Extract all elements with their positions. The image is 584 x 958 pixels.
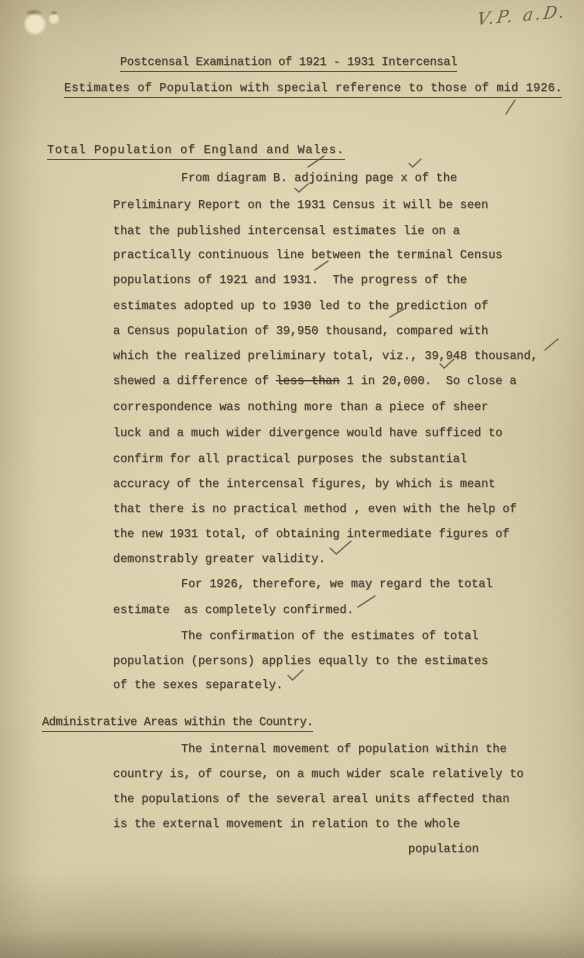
- catchword: population: [408, 842, 479, 856]
- text-line: shewed a difference of less than 1 in 20…: [113, 374, 517, 388]
- title-line-2: Estimates of Population with special ref…: [64, 81, 562, 98]
- pencil-tick-icon: [409, 159, 421, 167]
- text-line: populations of 1921 and 1931. The progre…: [113, 273, 467, 287]
- pencil-tick-icon: [330, 541, 351, 554]
- text-line: the populations of the several areal uni…: [113, 792, 509, 806]
- text-line: The internal movement of population with…: [181, 742, 507, 756]
- text-line: that the published intercensal estimates…: [113, 224, 460, 238]
- hole-punch-mark-small: [46, 9, 62, 27]
- text-line: country is, of course, on a much wider s…: [113, 767, 524, 781]
- text-line: The confirmation of the estimates of tot…: [181, 629, 478, 643]
- pencil-tick-icon: [295, 184, 308, 192]
- text-line: that there is no practical method , even…: [113, 502, 517, 516]
- text-line: of the sexes separately.: [113, 678, 283, 692]
- text-line: confirm for all practical purposes the s…: [113, 452, 467, 466]
- text-line: correspondence was nothing more than a p…: [113, 400, 488, 414]
- section-heading: Total Population of England and Wales.: [47, 143, 345, 160]
- pencil-tick-icon: [506, 100, 515, 114]
- text-line: the new 1931 total, of obtaining interme…: [113, 527, 509, 541]
- text-line: population (persons) applies equally to …: [113, 654, 488, 668]
- pencil-tick-icon: [358, 596, 375, 607]
- text-line: demonstrably greater validity.: [113, 552, 325, 566]
- text-line: practically continuous line between the …: [113, 248, 502, 262]
- text-line: a Census population of 39,950 thousand, …: [113, 324, 488, 338]
- section-heading: Administrative Areas within the Country.: [42, 715, 313, 732]
- text-line: which the realized preliminary total, vi…: [113, 349, 538, 363]
- text-line: is the external movement in relation to …: [113, 817, 460, 831]
- pencil-tick-icon: [315, 261, 328, 270]
- handwritten-annotation: V.P. a.D.: [476, 2, 569, 30]
- text-line: estimate as completely confirmed.: [113, 603, 354, 617]
- text-line: Preliminary Report on the 1931 Census it…: [113, 198, 488, 212]
- pencil-tick-icon: [288, 670, 303, 680]
- document-page: V.P. a.D. Postcensal Examination of 1921…: [0, 0, 584, 958]
- title-line-1: Postcensal Examination of 1921 - 1931 In…: [120, 55, 457, 72]
- text-line: accuracy of the intercensal figures, by …: [113, 477, 495, 491]
- pencil-tick-icon: [545, 339, 558, 350]
- struck-out-text: less than: [276, 374, 340, 388]
- text-line: For 1926, therefore, we may regard the t…: [181, 577, 493, 591]
- text-line: estimates adopted up to 1930 led to the …: [113, 299, 488, 313]
- text-line: From diagram B. adjoining page x of the: [181, 171, 457, 185]
- text-line: luck and a much wider divergence would h…: [113, 426, 502, 440]
